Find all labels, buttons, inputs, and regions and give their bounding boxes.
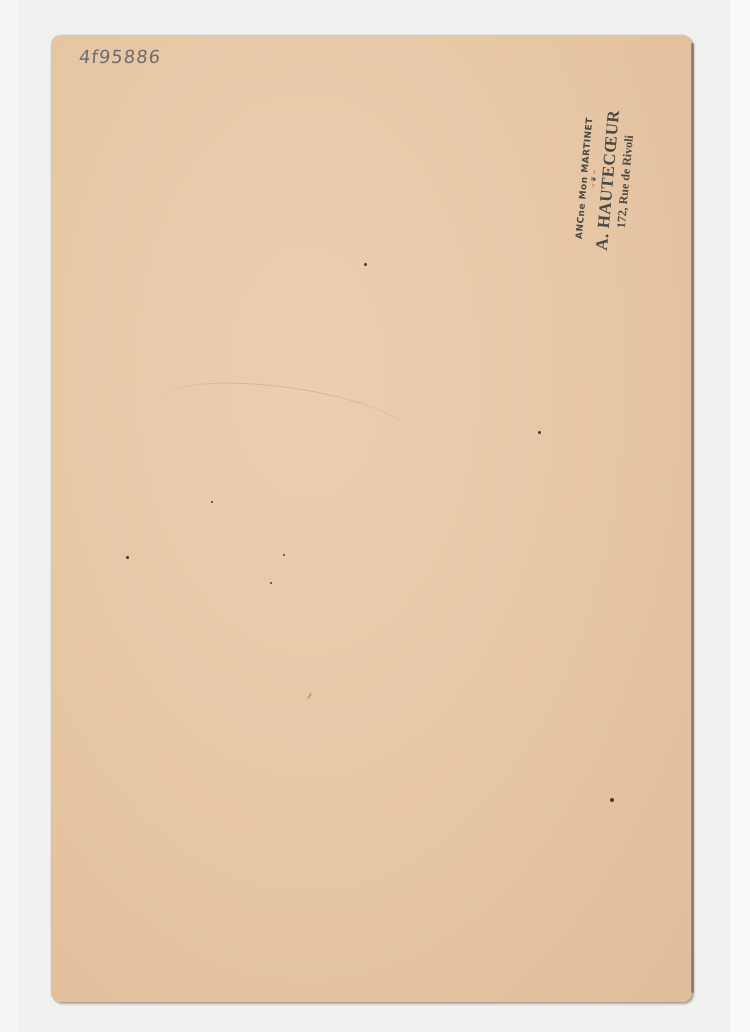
scan-margin-left	[0, 0, 18, 1032]
speck	[610, 798, 614, 802]
photo-card-back: 4f95886 ANCne Mon MARTINET ~ ❦ ~ A. HAUT…	[51, 35, 692, 1002]
speck	[307, 693, 311, 698]
scan-margin-right	[730, 0, 750, 1032]
speck	[270, 582, 272, 584]
card-crease	[158, 370, 414, 465]
photographer-stamp: ANCne Mon MARTINET ~ ❦ ~ A. HAUTECŒUR 17…	[551, 80, 661, 280]
speck	[283, 554, 285, 556]
speck	[538, 431, 541, 434]
speck	[364, 263, 367, 266]
speck	[211, 501, 213, 503]
speck	[126, 556, 129, 559]
handwritten-inventory-number: 4f95886	[78, 47, 162, 68]
